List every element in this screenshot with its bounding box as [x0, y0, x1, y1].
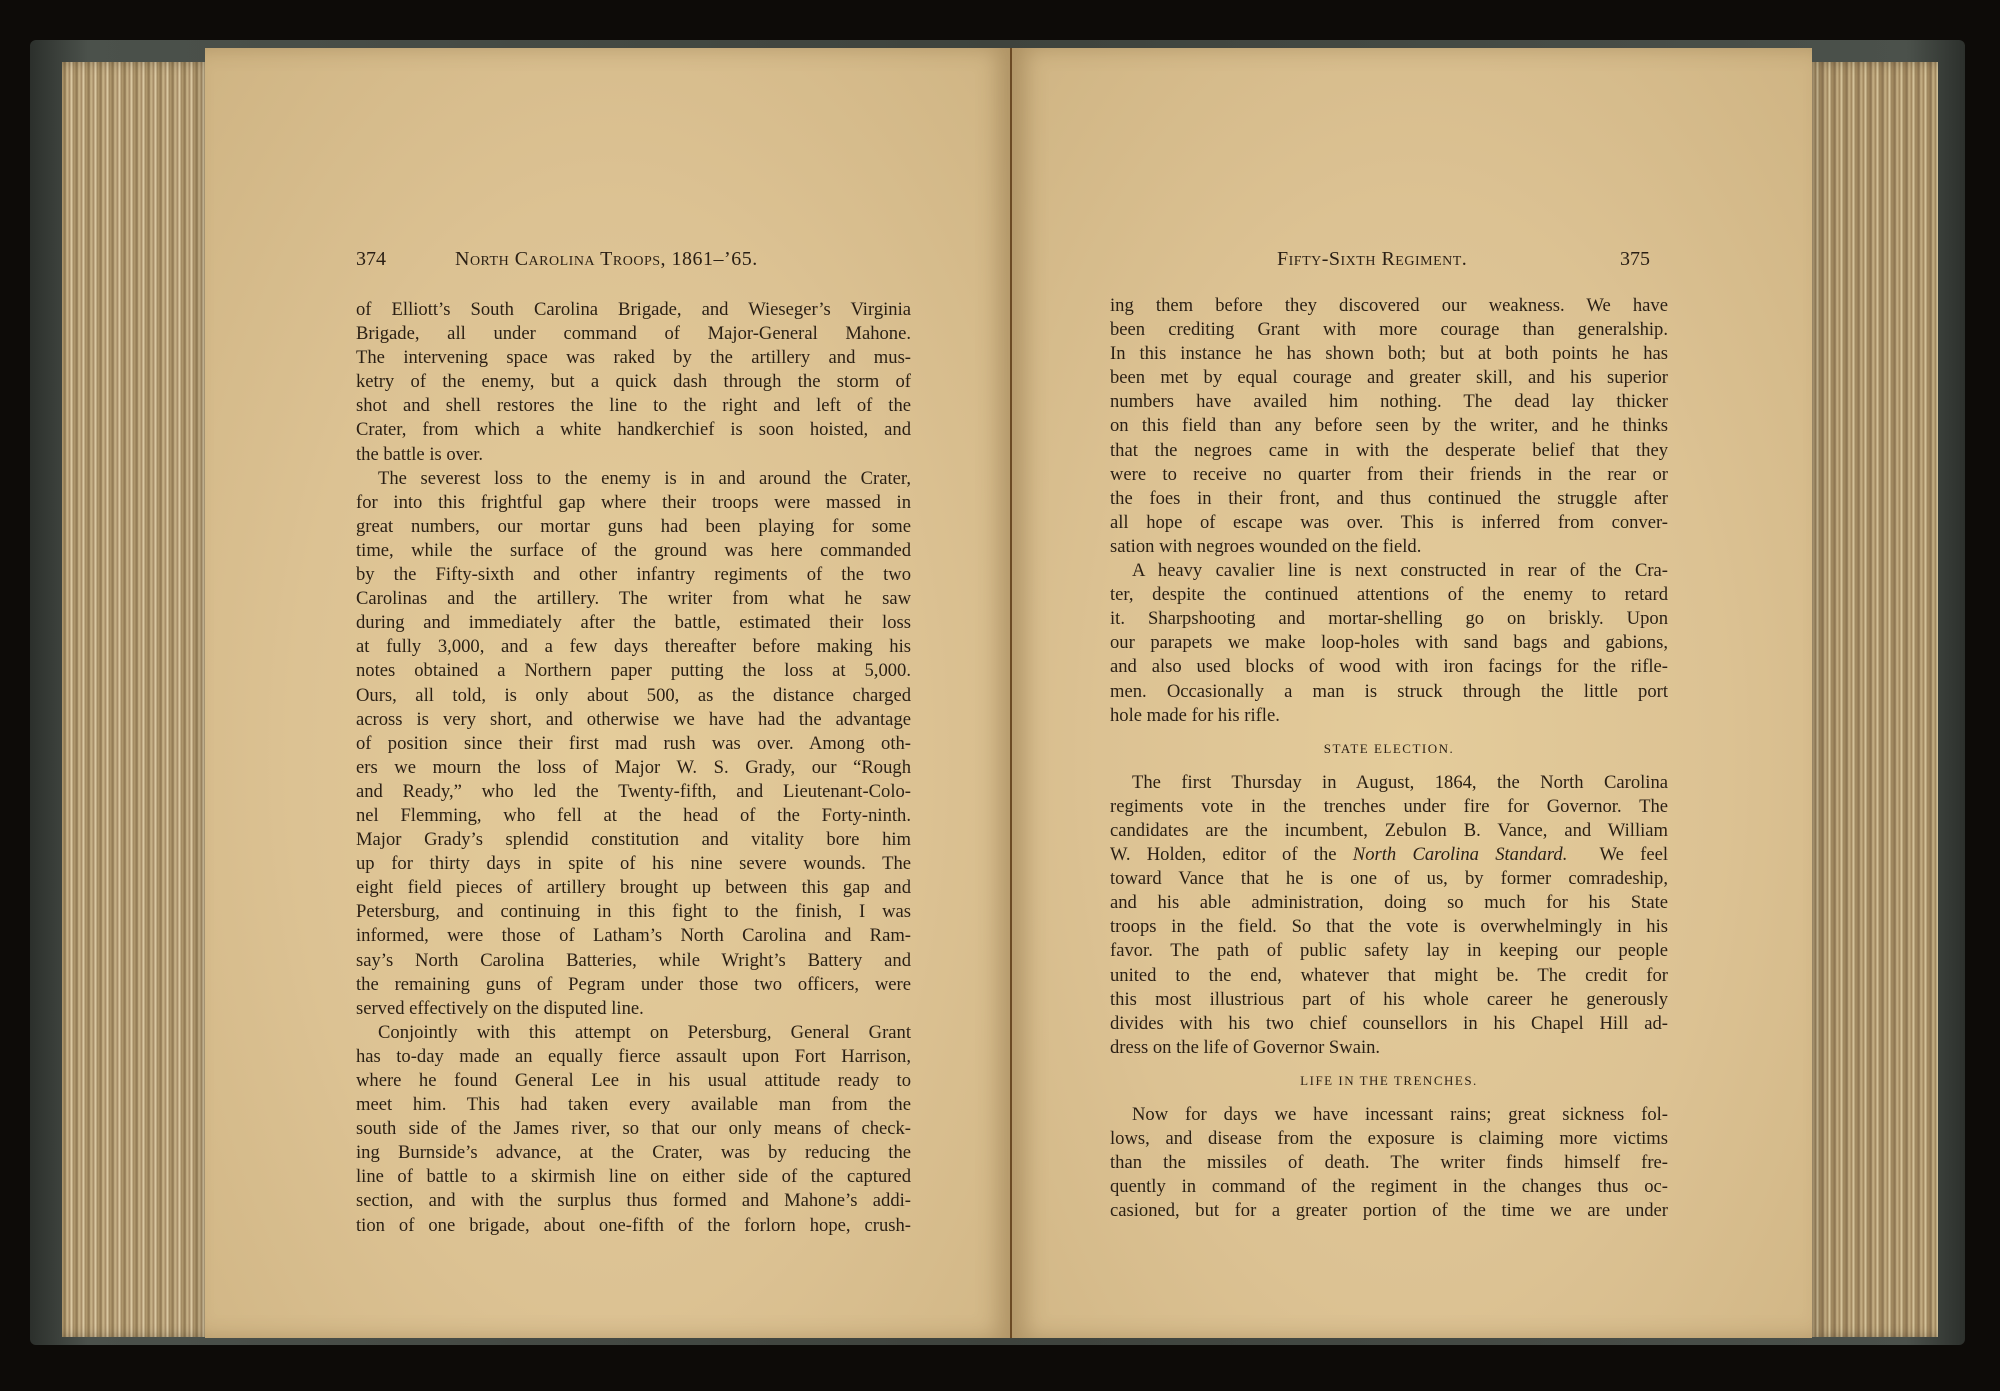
paragraph: of Elliott’s South Carolina Brigade, and… [356, 298, 911, 467]
text: We feel [1567, 844, 1668, 865]
text-line: Ours, all told, is only about 500, as th… [356, 684, 911, 708]
paragraph: Conjointly with this attempt on Petersbu… [356, 1021, 911, 1238]
text-line: by the Fifty-sixth and other infantry re… [356, 563, 911, 587]
paragraph: The severest loss to the enemy is in and… [356, 467, 911, 1021]
text-line: A heavy cavalier line is next constructe… [1110, 559, 1668, 583]
text-line: across is very short, and otherwise we h… [356, 708, 911, 732]
body-text: ing them before they discovered our weak… [1110, 294, 1668, 1223]
text-line: ers we mourn the loss of Major W. S. Gra… [356, 756, 911, 780]
text-line: united to the end, whatever that might b… [1110, 964, 1668, 988]
text-line: on this field than any before seen by th… [1110, 414, 1668, 438]
text-line: W. Holden, editor of the North Carolina … [1110, 843, 1668, 867]
text-line: served effectively on the disputed line. [356, 997, 911, 1021]
page-edges-left [62, 62, 212, 1337]
text-line: men. Occasionally a man is struck throug… [1110, 680, 1668, 704]
text-line: tion of one brigade, about one-fifth of … [356, 1214, 911, 1238]
text-line: dress on the life of Governor Swain. [1110, 1036, 1668, 1060]
text-line: it. Sharpshooting and mortar-shelling go… [1110, 607, 1668, 631]
text-line: eight field pieces of artillery brought … [356, 876, 911, 900]
text-line: meet him. This had taken every available… [356, 1093, 911, 1117]
section-heading-state-election: STATE ELECTION. [1110, 737, 1668, 761]
text-line: Now for days we have incessant rains; gr… [1110, 1103, 1668, 1127]
text-line: ing them before they discovered our weak… [1110, 294, 1668, 318]
text-line: up for thirty days in spite of his nine … [356, 852, 911, 876]
text-line: divides with his two chief counsellors i… [1110, 1012, 1668, 1036]
page-edges-right [1808, 62, 1938, 1337]
text-line: the battle is over. [356, 443, 911, 467]
text-line: Crater, from which a white handkerchief … [356, 418, 911, 442]
text-line: line of battle to a skirmish line on eit… [356, 1165, 911, 1189]
text-line: the foes in their front, and thus contin… [1110, 487, 1668, 511]
text-line: notes obtained a Northern paper putting … [356, 659, 911, 683]
text-line: hole made for his rifle. [1110, 704, 1668, 728]
text-line: were to receive no quarter from their fr… [1110, 463, 1668, 487]
text-line: of position since their first mad rush w… [356, 732, 911, 756]
text-line: toward Vance that he is one of us, by fo… [1110, 867, 1668, 891]
text-line: The severest loss to the enemy is in and… [356, 467, 911, 491]
text-line: where he found General Lee in his usual … [356, 1069, 911, 1093]
text-line: informed, were those of Latham’s North C… [356, 924, 911, 948]
text-line: ing Burnside’s advance, at the Crater, w… [356, 1141, 911, 1165]
section-state-election: The first Thursday in August, 1864, the … [1110, 771, 1668, 1060]
text-line: nel Flemming, who fell at the head of th… [356, 804, 911, 828]
paragraph: A heavy cavalier line is next constructe… [1110, 559, 1668, 728]
text-line: that the negroes came in with the desper… [1110, 439, 1668, 463]
text-line: great numbers, our mortar guns had been … [356, 515, 911, 539]
text: W. Holden, editor of the [1110, 844, 1353, 865]
text-line: troops in the field. So that the vote is… [1110, 915, 1668, 939]
text-line: numbers have availed him nothing. The de… [1110, 390, 1668, 414]
text-line: quently in command of the regiment in th… [1110, 1175, 1668, 1199]
newspaper-title: North Carolina Standard. [1353, 844, 1568, 865]
text-line: has to-day made an equally fierce assaul… [356, 1045, 911, 1069]
page-number: 375 [1620, 248, 1650, 271]
text-line: sation with negroes wounded on the field… [1110, 535, 1668, 559]
text-line: than the missiles of death. The writer f… [1110, 1151, 1668, 1175]
text-line: say’s North Carolina Batteries, while Wr… [356, 949, 911, 973]
text-line: the remaining guns of Pegram under those… [356, 973, 911, 997]
text-line: and also used blocks of wood with iron f… [1110, 655, 1668, 679]
text-line: during and immediately after the battle,… [356, 611, 911, 635]
text-line: at fully 3,000, and a few days thereafte… [356, 635, 911, 659]
paragraphs: ing them before they discovered our weak… [1110, 294, 1668, 728]
section-heading-life-in-trenches: LIFE IN THE TRENCHES. [1110, 1069, 1668, 1093]
page-number: 374 [356, 248, 386, 271]
text-line: for into this frightful gap where their … [356, 491, 911, 515]
section-life-in-trenches: Now for days we have incessant rains; gr… [1110, 1103, 1668, 1223]
text-line: Petersburg, and continuing in this fight… [356, 900, 911, 924]
text-line: south side of the James river, so that o… [356, 1117, 911, 1141]
text-line: casioned, but for a greater portion of t… [1110, 1199, 1668, 1223]
text-line: and Ready,” who led the Twenty-fifth, an… [356, 780, 911, 804]
text-line: of Elliott’s South Carolina Brigade, and… [356, 298, 911, 322]
left-page: 374 North Carolina Troops, 1861–’65. of … [205, 48, 1012, 1338]
text-line: Major Grady’s splendid constitution and … [356, 828, 911, 852]
text-line: candidates are the incumbent, Zebulon B.… [1110, 819, 1668, 843]
right-page: Fifty-Sixth Regiment. 375 ing them befor… [1012, 48, 1812, 1338]
text-line: Brigade, all under command of Major-Gene… [356, 322, 911, 346]
text-line: Carolinas and the artillery. The writer … [356, 587, 911, 611]
text-line: and his able administration, doing so mu… [1110, 891, 1668, 915]
text-line: regiments vote in the trenches under fir… [1110, 795, 1668, 819]
paragraph: The first Thursday in August, 1864, the … [1110, 771, 1668, 843]
text-line: time, while the surface of the ground wa… [356, 539, 911, 563]
text-line: section, and with the surplus thus forme… [356, 1189, 911, 1213]
running-head: Fifty-Sixth Regiment. [1277, 248, 1467, 271]
paragraph: ing them before they discovered our weak… [1110, 294, 1668, 559]
text-line: our parapets we make loop-holes with san… [1110, 631, 1668, 655]
text-line: shot and shell restores the line to the … [356, 394, 911, 418]
text-line: ketry of the enemy, but a quick dash thr… [356, 370, 911, 394]
text-line: The intervening space was raked by the a… [356, 346, 911, 370]
text-line: The first Thursday in August, 1864, the … [1110, 771, 1668, 795]
text-line: In this instance he has shown both; but … [1110, 342, 1668, 366]
text-line: this most illustrious part of his whole … [1110, 988, 1668, 1012]
text-line: ter, despite the continued attentions of… [1110, 583, 1668, 607]
text-line: all hope of escape was over. This is inf… [1110, 511, 1668, 535]
text-line: favor. The path of public safety lay in … [1110, 939, 1668, 963]
running-head: North Carolina Troops, 1861–’65. [455, 248, 758, 271]
paragraph: toward Vance that he is one of us, by fo… [1110, 867, 1668, 1060]
body-text: of Elliott’s South Carolina Brigade, and… [356, 298, 911, 1238]
text-line: been crediting Grant with more courage t… [1110, 318, 1668, 342]
text-line: lows, and disease from the exposure is c… [1110, 1127, 1668, 1151]
text-line: been met by equal courage and greater sk… [1110, 366, 1668, 390]
text-line: Conjointly with this attempt on Petersbu… [356, 1021, 911, 1045]
